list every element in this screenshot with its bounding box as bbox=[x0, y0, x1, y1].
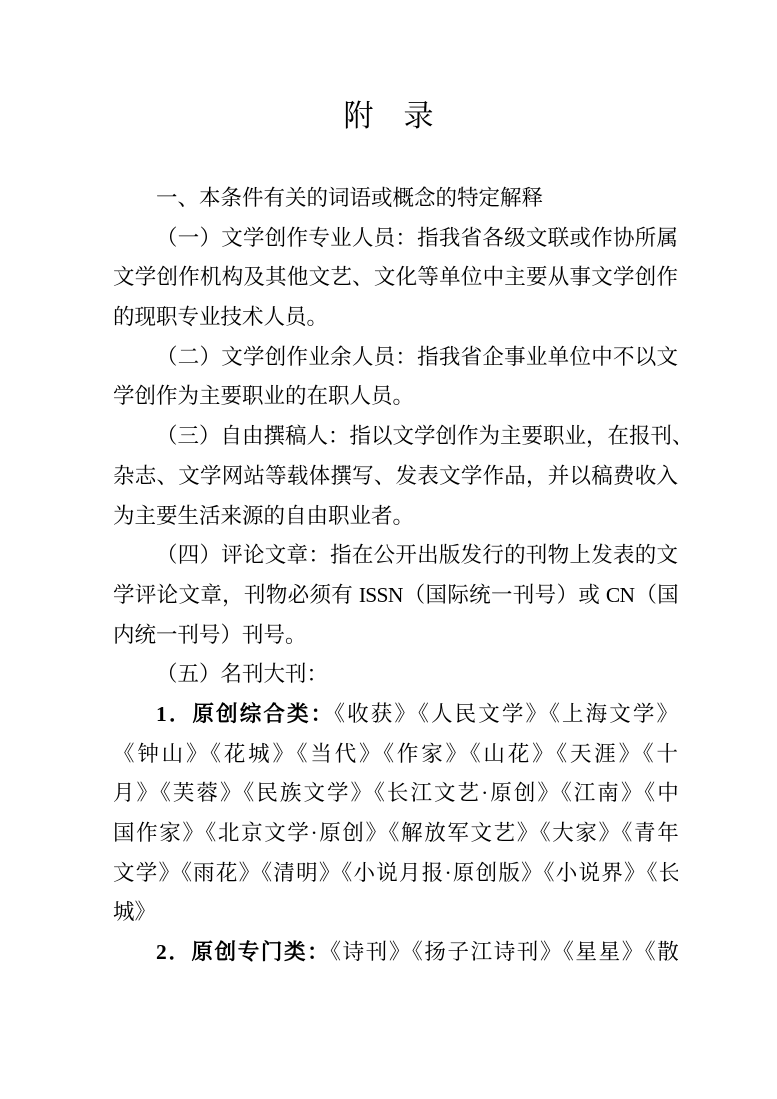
text-line: 1．原创综合类：《收获》《人民文学》《上海文学》 bbox=[113, 695, 678, 735]
text-line: 《钟山》《花城》《当代》《作家》《山花》《天涯》《十 bbox=[113, 735, 678, 775]
page-title: 附 录 bbox=[0, 100, 777, 133]
text-line: 杂志、文学网站等载体撰写、发表文学作品，并以稿费收入 bbox=[113, 457, 678, 497]
list-item-lead: 2．原创专门类： bbox=[156, 940, 330, 964]
text-line: 一、本条件有关的词语或概念的特定解释 bbox=[113, 179, 678, 219]
document-body: 一、本条件有关的词语或概念的特定解释 （一）文学创作专业人员：指我省各级文联或作… bbox=[113, 179, 678, 973]
text-line: 月》《芙蓉》《民族文学》《长江文艺·原创》《江南》《中 bbox=[113, 774, 678, 814]
paragraph-section-heading: 一、本条件有关的词语或概念的特定解释 bbox=[113, 179, 678, 219]
text-line: 的现职专业技术人员。 bbox=[113, 298, 678, 338]
list-item-text: 《收获》《人民文学》《上海文学》 bbox=[334, 702, 678, 726]
paragraph-definition-review-article: （四）评论文章：指在公开出版发行的刊物上发表的文 学评论文章，刊物必须有 ISS… bbox=[113, 536, 678, 655]
text-line: （一）文学创作专业人员：指我省各级文联或作协所属 bbox=[113, 219, 678, 259]
text-line: （四）评论文章：指在公开出版发行的刊物上发表的文 bbox=[113, 536, 678, 576]
text-line: 为主要生活来源的自由职业者。 bbox=[113, 497, 678, 537]
text-line: 学评论文章，刊物必须有 ISSN（国际统一刊号）或 CN（国 bbox=[113, 576, 678, 616]
paragraph-definition-professional: （一）文学创作专业人员：指我省各级文联或作协所属 文学创作机构及其他文艺、文化等… bbox=[113, 219, 678, 338]
paragraph-journal-list-original-specialized: 2．原创专门类：《诗刊》《扬子江诗刊》《星星》《散 bbox=[113, 933, 678, 973]
text-line: 学创作为主要职业的在职人员。 bbox=[113, 377, 678, 417]
text-line: （二）文学创作业余人员：指我省企事业单位中不以文 bbox=[113, 338, 678, 378]
text-line: 城》 bbox=[113, 893, 678, 933]
text-line: 文学》《雨花》《清明》《小说月报·原创版》《小说界》《长 bbox=[113, 854, 678, 894]
paragraph-definition-amateur: （二）文学创作业余人员：指我省企事业单位中不以文 学创作为主要职业的在职人员。 bbox=[113, 338, 678, 417]
text-line: 文学创作机构及其他文艺、文化等单位中主要从事文学创作 bbox=[113, 258, 678, 298]
appendix-document-page: 附 录 一、本条件有关的词语或概念的特定解释 （一）文学创作专业人员：指我省各级… bbox=[0, 0, 777, 1099]
list-item-text: 《诗刊》《扬子江诗刊》《星星》《散 bbox=[330, 940, 678, 964]
text-line: 2．原创专门类：《诗刊》《扬子江诗刊》《星星》《散 bbox=[113, 933, 678, 973]
text-line: 国作家》《北京文学·原创》《解放军文艺》《大家》《青年 bbox=[113, 814, 678, 854]
text-line: （三）自由撰稿人：指以文学创作为主要职业，在报刊、 bbox=[113, 417, 678, 457]
text-line: 内统一刊号）刊号。 bbox=[113, 616, 678, 656]
paragraph-famous-journals-heading: （五）名刊大刊： bbox=[113, 655, 678, 695]
paragraph-definition-freelancer: （三）自由撰稿人：指以文学创作为主要职业，在报刊、 杂志、文学网站等载体撰写、发… bbox=[113, 417, 678, 536]
text-line: （五）名刊大刊： bbox=[113, 655, 678, 695]
list-item-lead: 1．原创综合类： bbox=[156, 702, 334, 726]
paragraph-journal-list-original-comprehensive: 1．原创综合类：《收获》《人民文学》《上海文学》 《钟山》《花城》《当代》《作家… bbox=[113, 695, 678, 933]
